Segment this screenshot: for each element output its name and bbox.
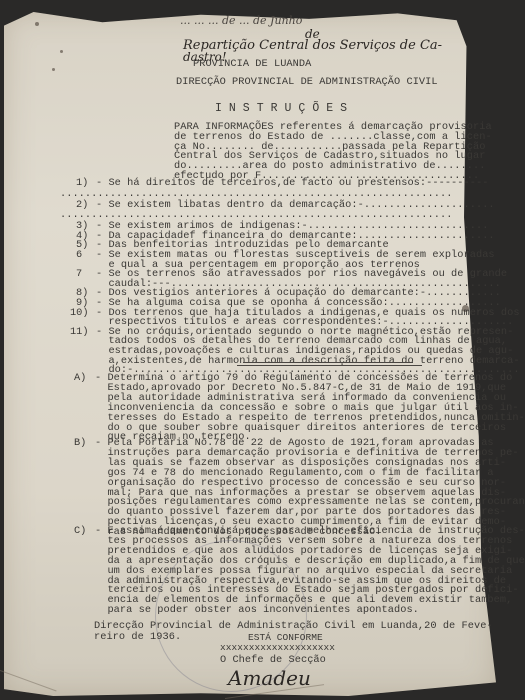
province-heading: PROVINCIA DE LUANDA (193, 59, 311, 70)
item-line: - Se há direitos de terceiros,de facto o… (96, 178, 488, 189)
paragraph-label: C) (74, 526, 86, 537)
paragraph-label: B) (74, 438, 86, 449)
document-title: I N S T R U Ç Õ E S (215, 104, 347, 115)
item-dotted-line: ........................................… (60, 210, 452, 221)
certification-underline: xxxxxxxxxxxxxxxxxxxx (220, 643, 335, 654)
paragraph-label: A) (74, 373, 86, 384)
stain (35, 22, 39, 26)
handwritten-line: ... ... ... de ... de Junho (180, 14, 302, 27)
divider (237, 365, 422, 366)
item-number: 6 (76, 250, 82, 261)
closing-line: reiro de 1936. (94, 632, 181, 643)
stain (52, 68, 55, 71)
signature: Amadeu (228, 666, 311, 690)
item-number: 7 (76, 269, 82, 280)
item-dotted-line: ........................................… (60, 189, 452, 200)
closing-line: Direcção Provincial de Administração Civ… (94, 621, 493, 632)
stain (60, 50, 63, 53)
item-number: 11) (70, 327, 89, 338)
signatory-title: O Chefe de Secção (220, 655, 326, 666)
directorate-heading: DIRECÇÃO PROVINCIAL DE ADMINISTRAÇÃO CIV… (176, 77, 438, 88)
item-number: 10) (70, 308, 89, 319)
divider (243, 362, 413, 363)
item-number: 1) (76, 178, 88, 189)
